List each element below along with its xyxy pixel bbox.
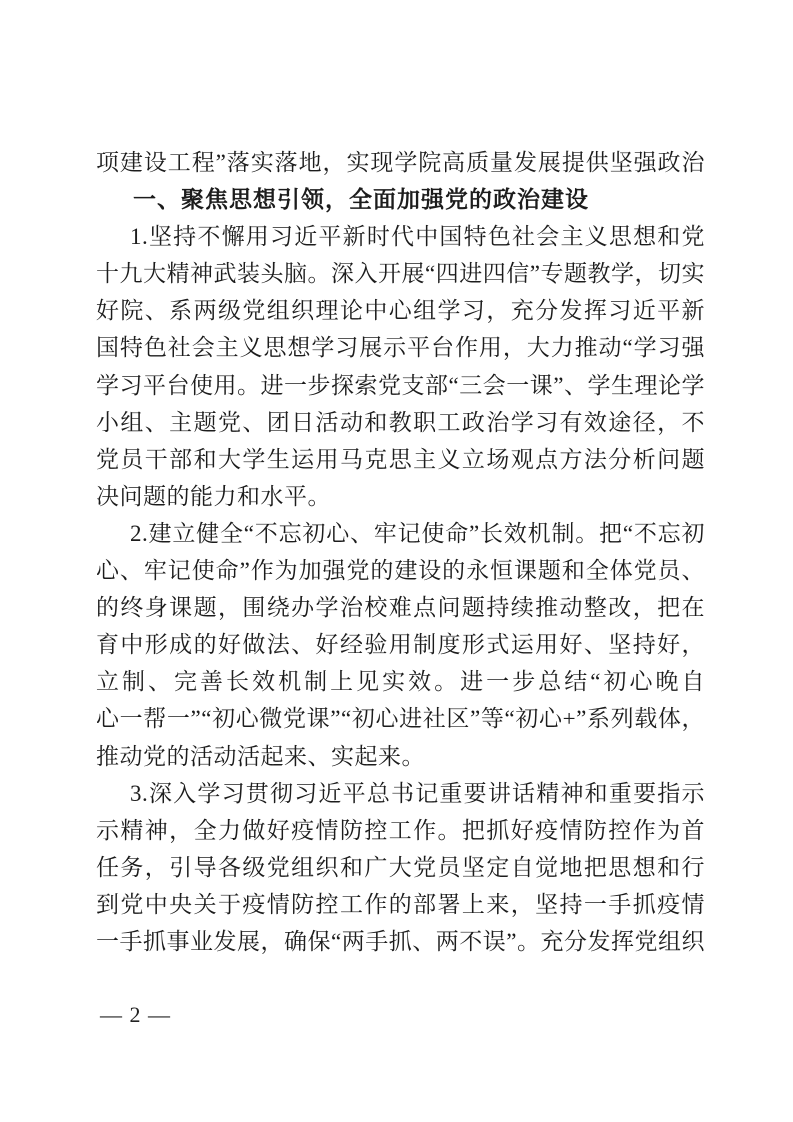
paragraph-3-line: 到党中央关于疫情防控工作的部署上来，坚持一手抓疫情防控， (96, 886, 705, 923)
page-number: — 2 — (100, 1002, 171, 1028)
paragraph-1-line: 学习平台使用。进一步探索党支部“三会一课”、学生理论学习 (96, 367, 705, 404)
paragraph-2-line: 育中形成的好做法、好经验用制度形式运用好、坚持好，在建章 (96, 626, 705, 663)
paragraph-1-line: 1.坚持不懈用习近平新时代中国特色社会主义思想和党的 (96, 218, 705, 255)
paragraph-1-line: 十九大精神武装头脑。深入开展“四进四信”专题教学，切实抓 (96, 255, 705, 292)
paragraph-2-line: 推动党的活动活起来、实起来。 (96, 738, 705, 775)
paragraph-1-line: 党员干部和大学生运用马克思主义立场观点方法分析问题和解 (96, 441, 705, 478)
paragraph-1-line: 决问题的能力和水平。 (96, 478, 705, 515)
paragraph-2-line: 的终身课题，围绕办学治校难点问题持续推动整改，把在主题教 (96, 589, 705, 626)
paragraph-2-line: 心一帮一”“初心微党课”“初心进社区”等“初心+”系列载体， (96, 700, 705, 737)
paragraph-3-line: 一手抓事业发展，确保“两手抓、两不误”。充分发挥党组织战 (96, 923, 705, 960)
intro-tail-line: 项建设工程”落实落地，实现学院高质量发展提供坚强政治保证。 (96, 144, 705, 181)
paragraph-3-line: 示精神，全力做好疫情防控工作。把抓好疫情防控作为首要政治 (96, 812, 705, 849)
document-page: 项建设工程”落实落地，实现学院高质量发展提供坚强政治保证。 一、聚焦思想引领，全… (0, 0, 793, 1122)
paragraph-2-line: 心、牢记使命”作为加强党的建设的永恒课题和全体党员、干部 (96, 552, 705, 589)
paragraph-3-line: 3.深入学习贯彻习近平总书记重要讲话精神和重要指示批 (96, 775, 705, 812)
paragraph-2-line: 立制、完善长效机制上见实效。进一步总结“初心晚自习”“初 (96, 663, 705, 700)
paragraph-2-line: 2.建立健全“不忘初心、牢记使命”长效机制。把“不忘初 (96, 515, 705, 552)
section-heading: 一、聚焦思想引领，全面加强党的政治建设 (96, 181, 705, 218)
paragraph-1-line: 好院、系两级党组织理论中心组学习，充分发挥习近平新时代中 (96, 292, 705, 329)
paragraph-3-line: 任务，引导各级党组织和广大党员坚定自觉地把思想和行动统一 (96, 849, 705, 886)
paragraph-1-line: 国特色社会主义思想学习展示平台作用，大力推动“学习强国” (96, 329, 705, 366)
paragraph-1-line: 小组、主题党、团日活动和教职工政治学习有效途径，不断提高 (96, 404, 705, 441)
document-body: 项建设工程”落实落地，实现学院高质量发展提供坚强政治保证。 一、聚焦思想引领，全… (96, 144, 705, 960)
